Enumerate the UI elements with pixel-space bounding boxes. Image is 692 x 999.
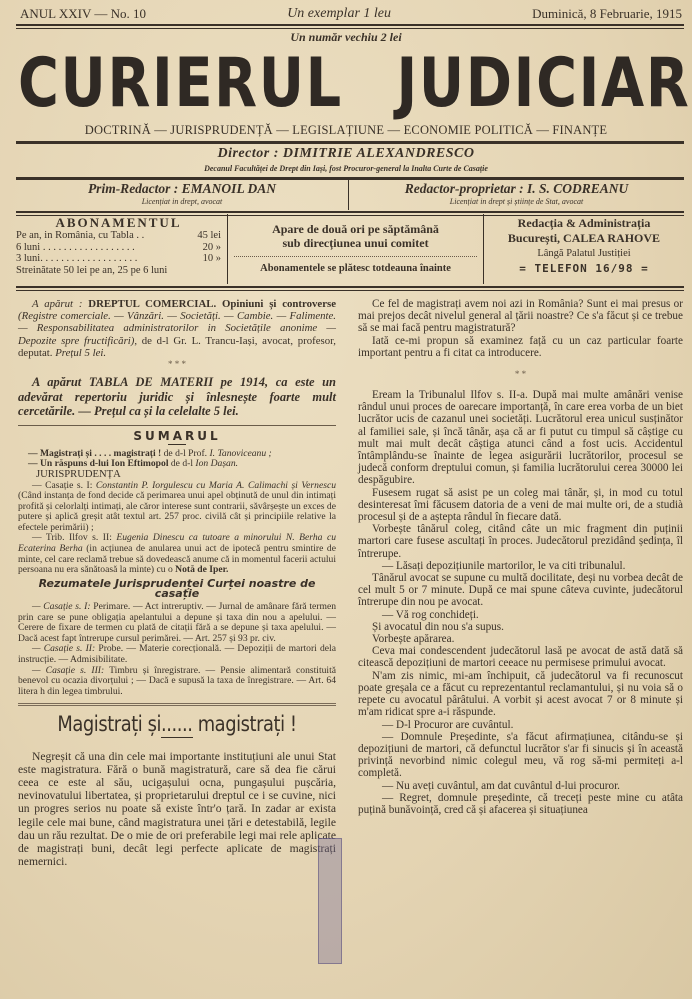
prim-redactor-subtitle: Licențiat in drept, avocat: [16, 197, 348, 206]
director-subtitle: Decanul Facultăței de Drept din Iași, fo…: [0, 164, 692, 173]
divider: [234, 256, 477, 257]
summary-item-by: de d-l Prof.: [161, 448, 209, 459]
case-parties: Constantin P. Iorgulescu cu Maria A. Cal…: [96, 480, 336, 491]
announcement-drept-comercial: A apărut : DREPTUL COMERCIAL. Opiniuni ș…: [18, 298, 336, 359]
office-landmark: Lângă Palatul Justiției: [484, 246, 684, 261]
row-label: Pe an, in România, cu Tabla . .: [16, 230, 144, 242]
masthead-word-1: CURIERUL: [18, 44, 343, 123]
subscription-row: 6 luni . . . . . . . . . . . . . . . . .…: [16, 242, 221, 254]
summaries-heading: Rezumatele Jurisprudenței Curței noastre…: [18, 579, 336, 600]
ink-stamp-mark: [318, 838, 342, 964]
row-label: 3 luni. . . . . . . . . . . . . . . . . …: [16, 253, 137, 265]
top-info-line: ANUL XXIV — No. 10 Un exemplar 1 leu Dum…: [20, 6, 682, 22]
summary-title: SUMARUL: [18, 430, 336, 442]
publication-box: Apare de două ori pe săptămână sub direc…: [228, 214, 484, 284]
article-paragraph: Ce fel de magistrați avem noi azi in Rom…: [358, 298, 683, 335]
issue-date: Duminică, 8 Februarie, 1915: [532, 6, 682, 22]
dialogue-line: — D-l Procuror are cuvântul.: [358, 719, 683, 731]
case-item: — Trib. Ilfov s. II: Eugenia Dinescu ca …: [18, 533, 336, 575]
masthead-word-2: JUDICIAR: [396, 44, 690, 123]
right-column: Ce fel de magistrați avem noi azi in Rom…: [358, 298, 683, 816]
divider: [18, 703, 336, 706]
publication-committee: sub direcțiunea unui comitet: [228, 236, 483, 250]
ann-price: Prețul 5 lei.: [55, 347, 106, 359]
row-value: 20 »: [203, 242, 221, 254]
summary-case-lead: — Casație s. III:: [32, 665, 104, 676]
summary-item-by: de d-l: [168, 458, 195, 469]
dialogue-line: — Vă rog conchideți.: [358, 609, 683, 621]
dialogue-line: — Domnule Președinte, s'a făcut afirmați…: [358, 731, 683, 780]
summary-case: — Casație s. I: Perimare. — Act intrerup…: [18, 602, 336, 644]
editors-row: Prim-Redactor : EMANOIL DAN Licențiat in…: [16, 180, 684, 210]
row-value: 10 »: [203, 253, 221, 265]
prim-redactor: Prim-Redactor : EMANOIL DAN Licențiat in…: [16, 180, 349, 210]
office-title: Redacția & Administrația: [484, 216, 684, 231]
ann-book-title: DREPTUL COMERCIAL. Opiniuni și controver…: [88, 298, 336, 310]
case-lead: — Casație s. I:: [32, 480, 96, 491]
editorial-office-box: Redacția & Administrația București, CALE…: [484, 214, 684, 284]
subscription-row: 3 luni. . . . . . . . . . . . . . . . . …: [16, 253, 221, 265]
article-paragraph: Iată ce-mi propun să examinez față cu un…: [358, 335, 683, 359]
left-column: A apărut : DREPTUL COMERCIAL. Opiniuni ș…: [18, 298, 336, 868]
article-paragraph: Negreșit că una din cele mai importante …: [18, 750, 336, 869]
divider: [16, 24, 684, 26]
summary-case-lead: — Casație s. I:: [32, 601, 91, 612]
dialogue-line: — Regret, domnule președinte, că treceți…: [358, 792, 683, 816]
case-item: — Casație s. I: Constantin P. Iorgulescu…: [18, 481, 336, 534]
office-address: București, CALEA RAHOVE: [484, 231, 684, 246]
summary-item-author: I. Tanoviceanu ;: [209, 448, 271, 459]
separator-stars: * * *: [18, 359, 336, 369]
article-paragraph: Eream la Tribunalul Ilfov s. II-a. După …: [358, 389, 683, 487]
prim-redactor-name: Prim-Redactor : EMANOIL DAN: [16, 181, 348, 197]
article-paragraph: Ceva mai condescendent judecătorul lasă …: [358, 645, 683, 669]
subscription-box: ABONAMENTUL Pe an, in România, cu Tabla …: [16, 214, 228, 284]
summary-case-lead: — Casație s. II:: [32, 643, 95, 654]
summary-list: — Magistrați și . . . . magistrați ! de …: [18, 449, 336, 698]
summary-case: — Casație s. III: Timbru și înregistrare…: [18, 666, 336, 698]
redactor-proprietar-subtitle: Licențiat in drept și științe de Stat, a…: [349, 197, 684, 206]
case-note: Notă de Iper.: [175, 564, 228, 575]
announcement-tabla-materii: A apărut TABLA DE MATERII pe 1914, ca es…: [18, 375, 336, 419]
director: Director : DIMITRIE ALEXANDRESCO: [0, 146, 692, 162]
divider: [16, 286, 684, 288]
dialogue-line: — Nu aveți cuvântul, am dat cuvântul d-l…: [358, 780, 683, 792]
case-text: (Când instanța de fond decide că perimar…: [18, 490, 336, 533]
publication-frequency: Apare de două ori pe săptămână: [228, 222, 483, 236]
article-paragraph: Tânărul avocat se supune cu multă docili…: [358, 572, 683, 609]
newspaper-page: ANUL XXIV — No. 10 Un exemplar 1 leu Dum…: [0, 0, 692, 999]
article-paragraph: Și avocatul din nou s'a supus.: [358, 621, 683, 633]
payment-note: Abonamentele se plătesc totdeauna înaint…: [228, 262, 483, 276]
redactor-proprietar-name: Redactor-proprietar : I. S. CODREANU: [349, 181, 684, 197]
divider: [168, 444, 186, 445]
masthead-title: CURIERUL JUDICIAR: [18, 46, 690, 120]
sections-line: DOCTRINĂ — JURISPRUDENȚĂ — LEGISLAȚIUNE …: [0, 123, 692, 138]
divider: [18, 425, 336, 426]
ann-lead: A apărut :: [32, 298, 82, 310]
dialogue-line: — Lăsați depozițiunile martorilor, le va…: [358, 560, 683, 572]
article-paragraph: Vorbește tânărul coleg, citând câte un m…: [358, 523, 683, 560]
subscription-title: ABONAMENTUL: [16, 216, 221, 230]
subscription-foreign: Streinătate 50 lei pe an, 25 pe 6 luni: [16, 265, 221, 277]
separator-stars: * *: [358, 369, 683, 379]
subscription-row: Pe an, in România, cu Tabla . .45 lei: [16, 230, 221, 242]
issue-price: Un exemplar 1 leu: [287, 6, 391, 22]
redactor-proprietar: Redactor-proprietar : I. S. CODREANU Lic…: [349, 180, 684, 210]
summary-case: — Casație s. II: Probe. — Materie corecț…: [18, 644, 336, 665]
article-paragraph: Vorbește apărarea.: [358, 633, 683, 645]
row-value: 45 lei: [197, 230, 221, 242]
summary-item-title: — Magistrați și . . . . magistrați !: [28, 448, 161, 459]
summary-item-author: Ion Dașan.: [195, 458, 238, 469]
article-paragraph: N'am zis nimic, mi-am închipuit, că jude…: [358, 670, 683, 719]
article-paragraph: Fusesem rugat să asist pe un coleg mai t…: [358, 487, 683, 524]
issue-number: ANUL XXIV — No. 10: [20, 6, 146, 22]
info-box: ABONAMENTUL Pe an, in România, cu Tabla …: [16, 214, 684, 284]
article-title: Magistrați și...... magistrați !: [42, 718, 312, 730]
summary-item-title: — Un răspuns d-lui Ion Eftimopol: [28, 458, 168, 469]
office-phone: = TELEFON 16/98 =: [484, 261, 684, 276]
row-label: 6 luni . . . . . . . . . . . . . . . . .…: [16, 242, 135, 254]
divider: [16, 211, 684, 213]
case-lead: — Trib. Ilfov s. II:: [32, 532, 116, 543]
divider: [16, 141, 684, 144]
divider: [161, 737, 193, 738]
